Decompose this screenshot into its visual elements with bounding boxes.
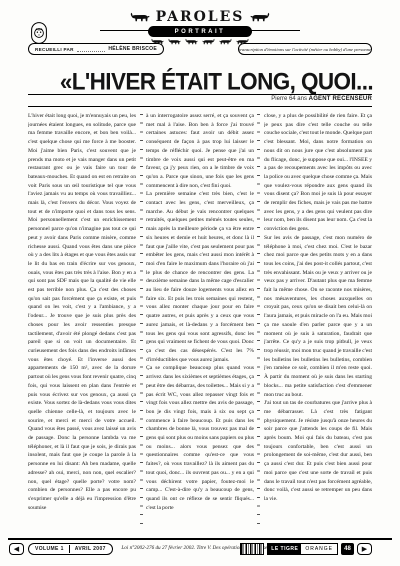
volume-date-badge: VOLUME 1 AVRIL 2007 xyxy=(28,543,113,555)
magazine-name: LE TIGRE xyxy=(268,544,301,554)
next-page-arrow-icon: ▶ xyxy=(357,543,372,555)
collected-by-badge: RECUEILLI PAR HÉLÈNE BRISCOE xyxy=(28,43,164,55)
tiger-right-icon xyxy=(250,12,270,22)
paragraph: close, y a plus de possibilité de rien f… xyxy=(264,112,372,234)
horizontal-rule xyxy=(28,94,372,95)
text-column-3: close, y a plus de possibilité de rien f… xyxy=(264,112,372,534)
collected-by-name: HÉLÈNE BRISCOE xyxy=(108,46,157,52)
paragraph: Ça se complique beaucoup plus quand vous… xyxy=(146,364,254,512)
text-column-1: L'hiver était long quoi, je m'ennuyais u… xyxy=(28,112,136,534)
footer-right-group: LE TIGRE ORANGE 48 ▶ xyxy=(240,543,372,555)
volume-label: VOLUME 1 xyxy=(35,546,64,552)
tiger-icon xyxy=(185,38,198,45)
page-number: 48 xyxy=(341,543,354,555)
article-body: L'hiver était long quoi, je m'ennuyais u… xyxy=(28,112,372,534)
barcode-icon xyxy=(240,543,264,555)
divider xyxy=(69,545,70,553)
tiger-icon xyxy=(202,38,215,45)
paragraph: J'ai tout un tas de courbatures que j'ar… xyxy=(264,399,372,503)
paragraph: à un interrogatoire assez serré, et ça s… xyxy=(146,112,254,190)
masthead-title: PAROLES xyxy=(156,9,245,25)
dotted-leader xyxy=(77,47,106,52)
issue-color-name: ORANGE xyxy=(301,544,337,554)
subject-name-age: Pierre 64 ans xyxy=(271,96,307,102)
article-title: «L'HIVER ÉTAIT LONG, QUOI... xyxy=(1,68,373,96)
paragraph: Sur les avis de passage, c'est mon numér… xyxy=(264,234,372,399)
column-divider xyxy=(257,114,260,530)
column-divider xyxy=(140,114,143,530)
tiger-icon xyxy=(219,38,232,45)
collected-by-label: RECUEILLI PAR xyxy=(35,47,74,52)
text-column-2: à un interrogatoire assez serré, et ça s… xyxy=(146,112,254,534)
paragraph: La première semaine c'est très bien, c'e… xyxy=(146,190,254,364)
byline: Pierre 64 ans AGENT RECENSEUR xyxy=(271,96,372,102)
magazine-badge: LE TIGRE ORANGE xyxy=(267,543,338,555)
tiger-left-icon xyxy=(130,12,150,22)
rubric-badge: PORTRAIT xyxy=(148,26,252,37)
previous-page-arrow-icon: ◀ xyxy=(9,543,24,555)
horizontal-rule xyxy=(28,106,372,107)
tiger-icon xyxy=(168,38,181,45)
magazine-page: PAROLES PORTRAIT RECUEILLI PAR HÉLÈNE BR… xyxy=(0,0,400,566)
issue-date: AVRIL 2007 xyxy=(75,546,106,552)
subject-role: AGENT RECENSEUR xyxy=(309,96,372,102)
footer: ◀ VOLUME 1 AVRIL 2007 Loi n°2002-276 du … xyxy=(0,543,400,557)
masthead: PAROLES xyxy=(0,9,400,25)
footer-rule xyxy=(8,538,392,540)
paragraph: L'hiver était long quoi, je m'ennuyais u… xyxy=(28,112,136,512)
rubric-description-badge: transcription d'émotions sur l'activité … xyxy=(238,43,372,55)
